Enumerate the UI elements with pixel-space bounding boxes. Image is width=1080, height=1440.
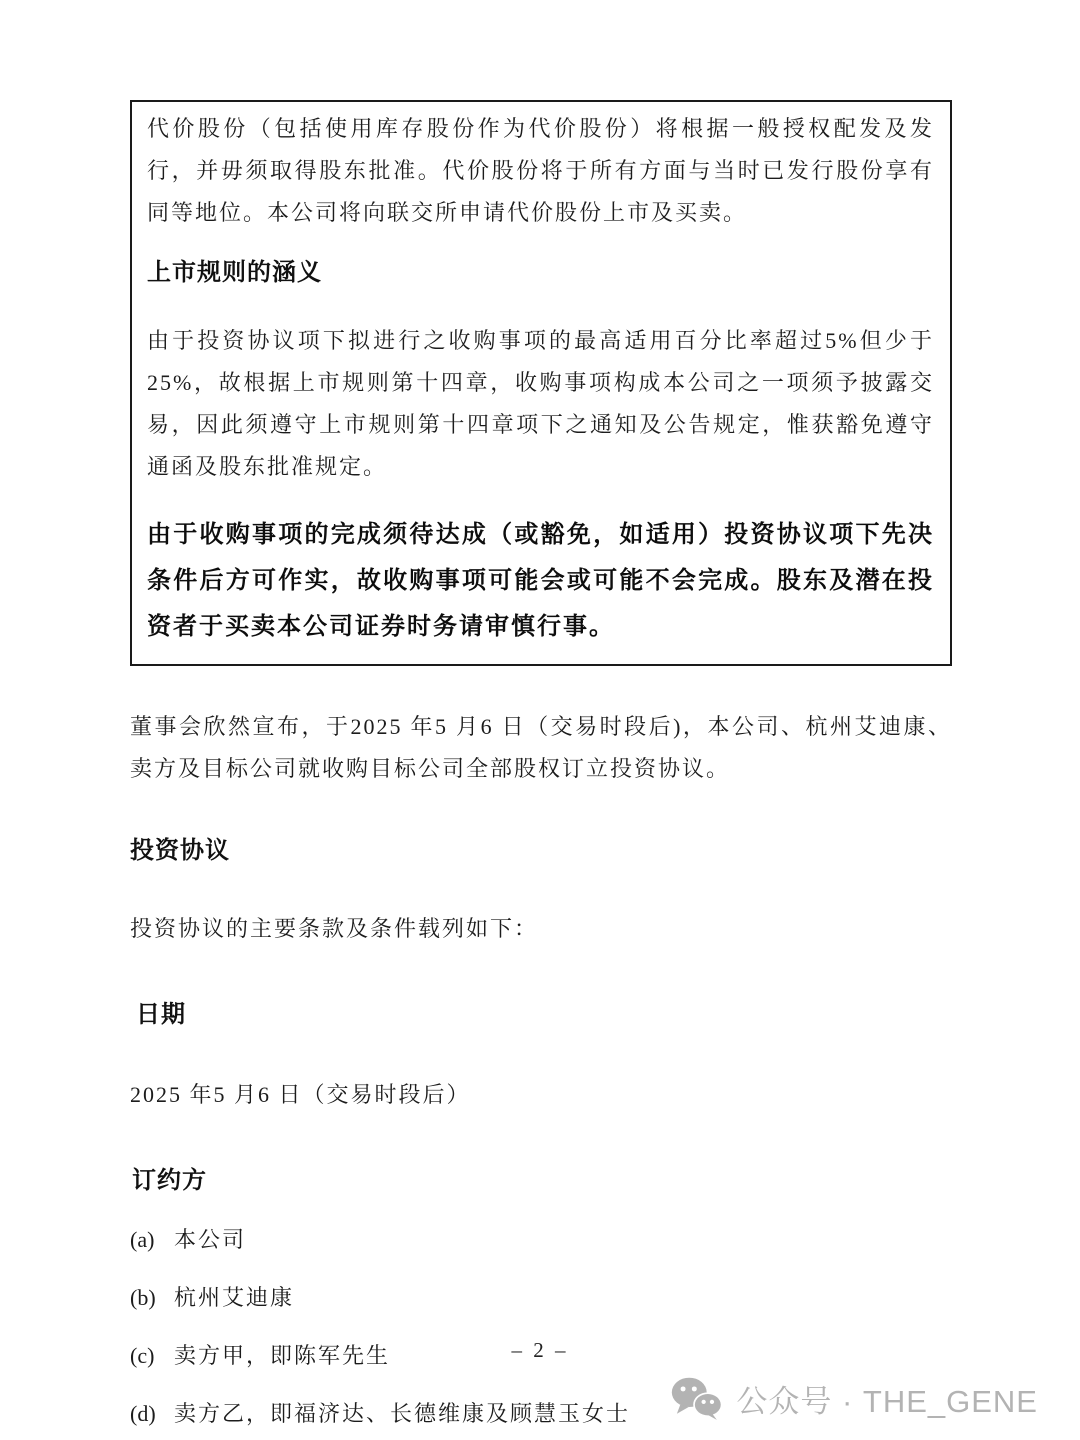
notice-box: 代价股份（包括使用库存股份作为代价股份）将根据一般授权配发及发行，并毋须取得股东… — [130, 100, 952, 666]
list-item-text: 本公司 — [174, 1226, 246, 1254]
list-item-text: 杭州艾迪康 — [174, 1284, 294, 1312]
caution-warning-paragraph: 由于收购事项的完成须待达成（或豁免，如适用）投资协议项下先决条件后方可作实，故收… — [147, 512, 934, 650]
document-content: 代价股份（包括使用库存股份作为代价股份）将根据一般授权配发及发行，并毋须取得股东… — [0, 0, 1080, 1428]
list-item: (b) 杭州艾迪康 — [130, 1284, 952, 1312]
terms-intro-paragraph: 投资协议的主要条款及条件载列如下： — [130, 908, 952, 950]
parties-heading: 订约方 — [130, 1166, 952, 1196]
listing-rules-heading: 上市规则的涵义 — [147, 258, 934, 288]
list-item: (a) 本公司 — [130, 1226, 952, 1254]
list-item-label: (b) — [130, 1284, 174, 1312]
date-heading: 日期 — [130, 1000, 952, 1030]
document-page: 代价股份（包括使用库存股份作为代价股份）将根据一般授权配发及发行，并毋须取得股东… — [0, 0, 1080, 1440]
listing-rules-paragraph: 由于投资协议项下拟进行之收购事项的最高适用百分比率超过5%但少于25%，故根据上… — [147, 320, 934, 488]
board-announcement-paragraph: 董事会欣然宣布，于2025 年5 月6 日（交易时段后)，本公司、杭州艾迪康、卖… — [130, 706, 952, 790]
consideration-shares-paragraph: 代价股份（包括使用库存股份作为代价股份）将根据一般授权配发及发行，并毋须取得股东… — [147, 108, 934, 234]
watermark-text: 公众号 · THE_GENE — [736, 1376, 1038, 1421]
page-number: – 2 – — [0, 1338, 1080, 1363]
watermark: 公众号 · THE_GENE — [670, 1376, 1038, 1421]
wechat-icon — [670, 1376, 722, 1421]
date-value: 2025 年5 月6 日（交易时段后） — [130, 1074, 952, 1116]
list-item-label: (d) — [130, 1400, 174, 1428]
list-item-label: (a) — [130, 1226, 174, 1254]
investment-agreement-heading: 投资协议 — [130, 836, 952, 866]
list-item-text: 卖方乙，即福济达、长德维康及顾慧玉女士 — [174, 1400, 630, 1428]
